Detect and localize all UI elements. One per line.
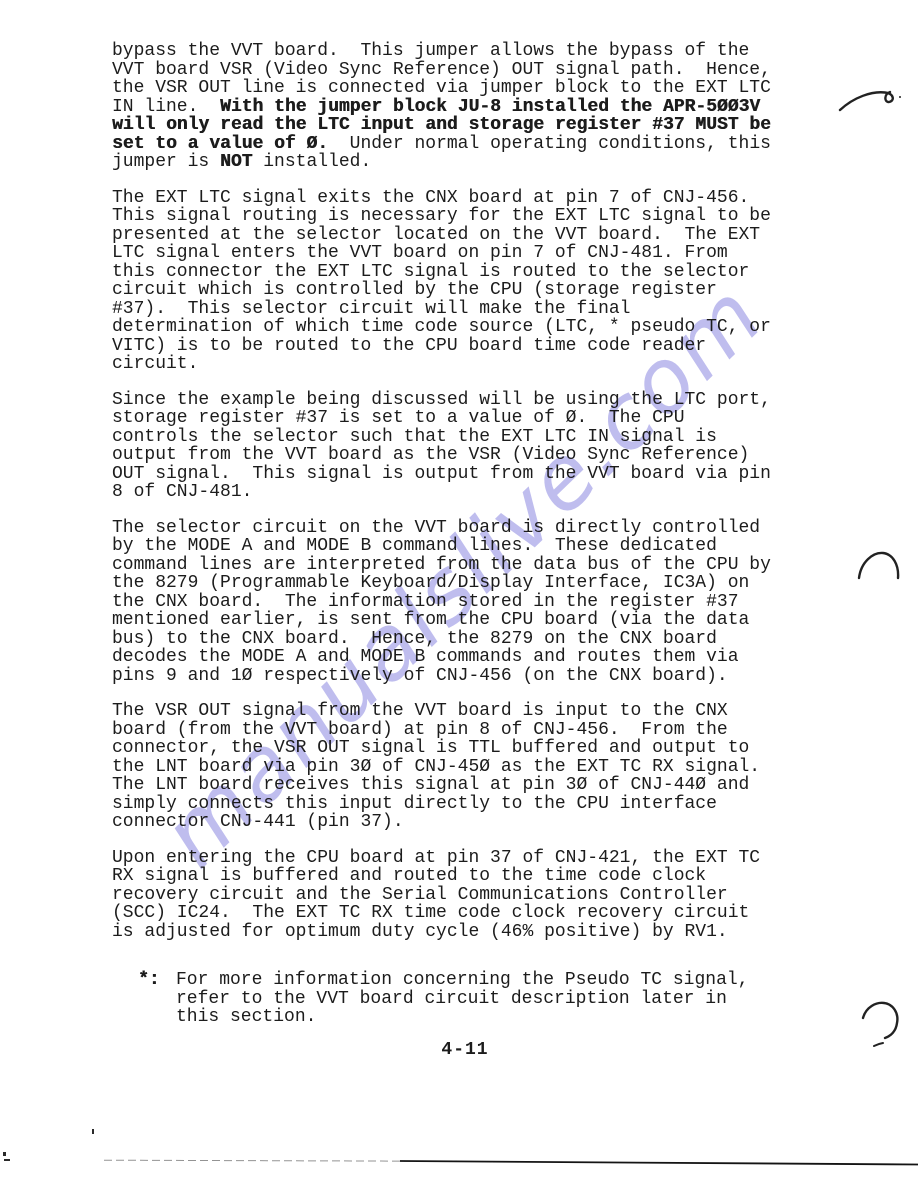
footnote-text: For more information concerning the Pseu… bbox=[176, 971, 749, 1027]
scan-speck-1 bbox=[3, 1152, 6, 1156]
scan-curl-mark-top bbox=[838, 86, 904, 114]
scan-curl-mark-middle bbox=[856, 549, 904, 581]
page-number: 4-11 bbox=[112, 1041, 818, 1060]
paragraph-1: bypass the VVT board. This jumper allows… bbox=[112, 42, 818, 172]
paragraph-6: Upon entering the CPU board at pin 37 of… bbox=[112, 849, 818, 942]
scan-speck-3 bbox=[92, 1129, 94, 1134]
scan-speck-2 bbox=[4, 1159, 10, 1161]
scan-curl-mark-bottom bbox=[858, 1000, 904, 1050]
page-content: bypass the VVT board. This jumper allows… bbox=[112, 42, 818, 1059]
paragraph-5: The VSR OUT signal from the VVT board is… bbox=[112, 702, 818, 832]
footnote: *: For more information concerning the P… bbox=[112, 971, 818, 1027]
paragraph-2: The EXT LTC signal exits the CNX board a… bbox=[112, 189, 818, 374]
paragraph-3: Since the example being discussed will b… bbox=[112, 391, 818, 502]
paragraph-4: The selector circuit on the VVT board is… bbox=[112, 519, 818, 686]
scan-edge-line bbox=[0, 1148, 918, 1172]
footnote-marker: *: bbox=[138, 971, 176, 1027]
